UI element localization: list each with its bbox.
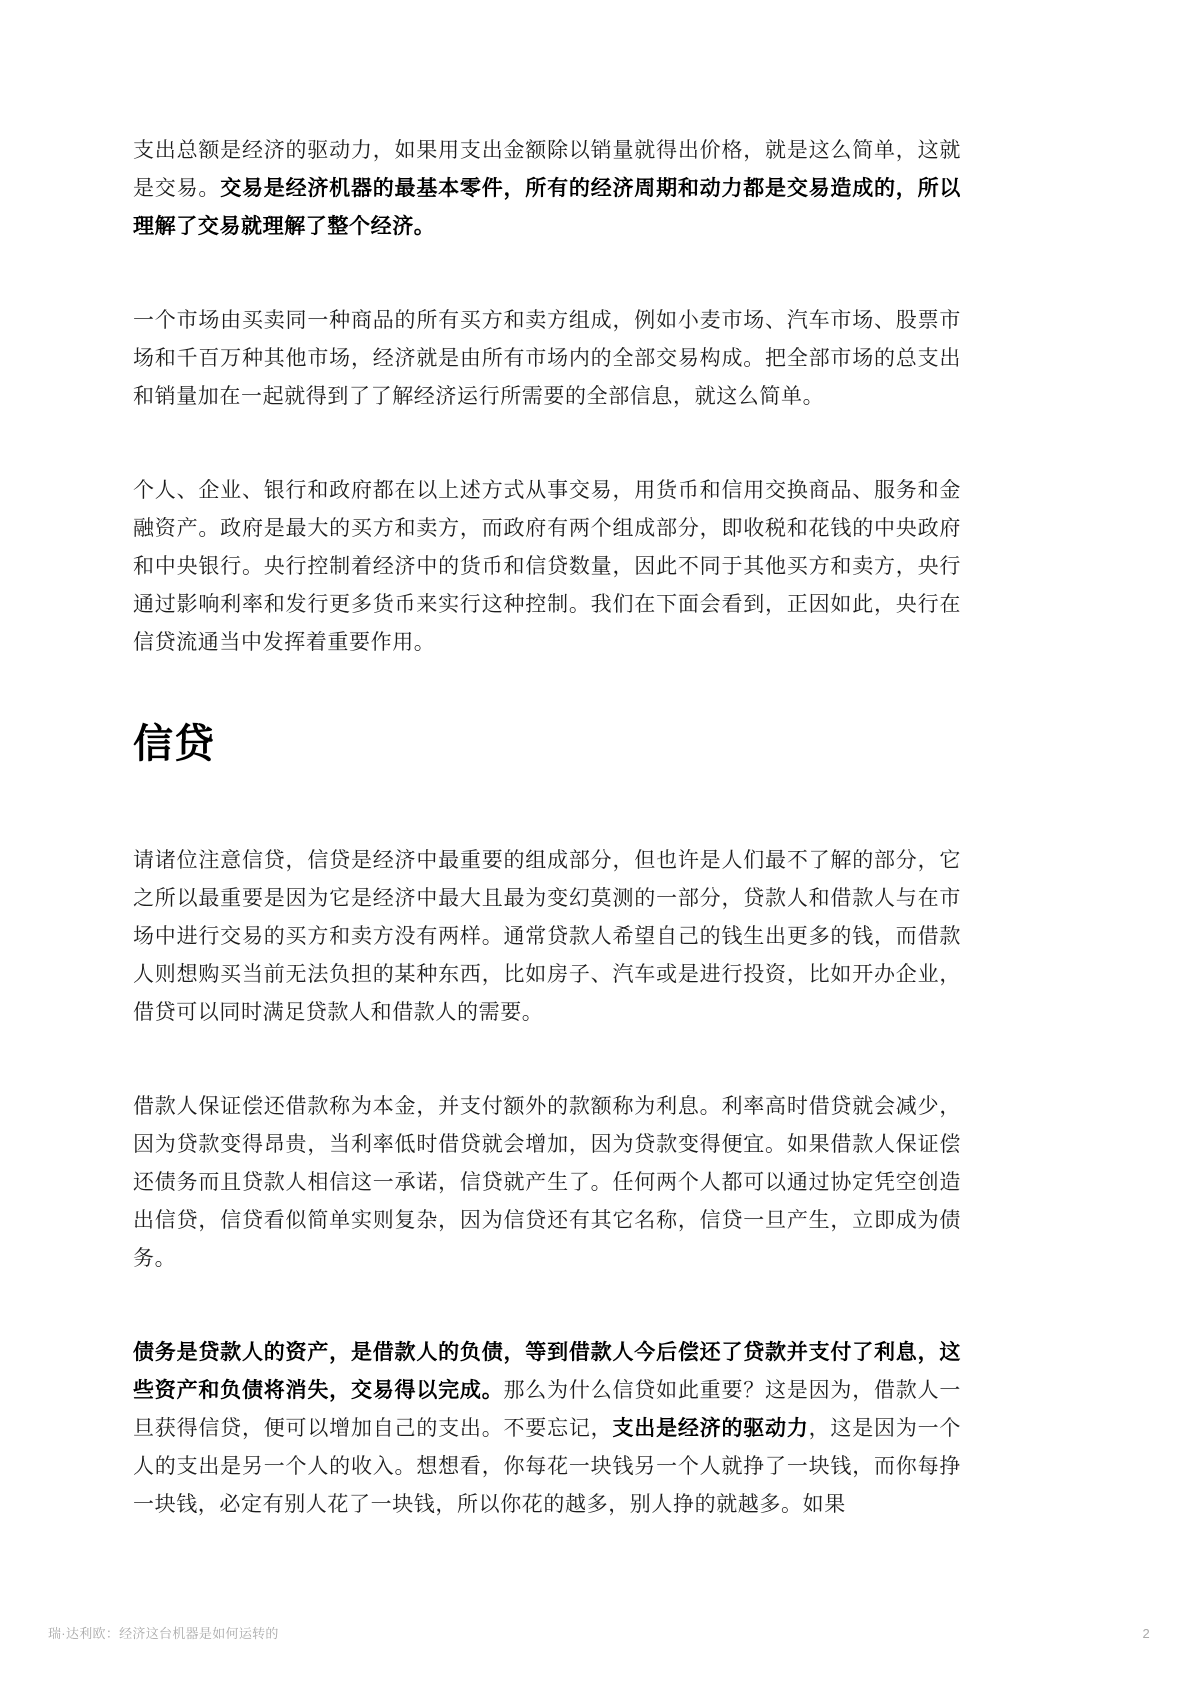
text-run: 借款人保证偿还借款称为本金，并支付额外的款额称为利息。利率高时借贷就会减少，因为… <box>133 1095 961 1270</box>
document-content: 支出总额是经济的驱动力，如果用支出金额除以销量就得出价格，就是这么简单，这就是交… <box>133 132 961 1580</box>
paragraph-government-central-bank: 个人、企业、银行和政府都在以上述方式从事交易，用货币和信用交换商品、服务和金融资… <box>133 472 961 662</box>
paragraph-markets: 一个市场由买卖同一种商品的所有买方和卖方组成，例如小麦市场、汽车市场、股票市场和… <box>133 302 961 416</box>
document-page: 支出总额是经济的驱动力，如果用支出金额除以销量就得出价格，就是这么简单，这就是交… <box>0 0 1200 1698</box>
footer-document-title: 瑞·达利欧：经济这台机器是如何运转的 <box>48 1623 279 1642</box>
paragraph-transactions: 支出总额是经济的驱动力，如果用支出金额除以销量就得出价格，就是这么简单，这就是交… <box>133 132 961 246</box>
paragraph-credit-importance: 请诸位注意信贷，信贷是经济中最重要的组成部分，但也许是人们最不了解的部分，它之所… <box>133 842 961 1032</box>
section-heading-credit: 信贷 <box>133 718 961 770</box>
text-run-bold: 交易是经济机器的最基本零件，所有的经济周期和动力都是交易造成的，所以理解了交易就… <box>133 177 961 238</box>
text-run: 一个市场由买卖同一种商品的所有买方和卖方组成，例如小麦市场、汽车市场、股票市场和… <box>133 309 961 408</box>
text-run-bold: 支出是经济的驱动力 <box>612 1417 808 1440</box>
footer-page-number: 2 <box>1142 1626 1150 1641</box>
paragraph-principal-interest: 借款人保证偿还借款称为本金，并支付额外的款额称为利息。利率高时借贷就会减少，因为… <box>133 1088 961 1278</box>
page-footer: 瑞·达利欧：经济这台机器是如何运转的 2 <box>48 1623 1150 1642</box>
paragraph-debt-asset-liability: 债务是贷款人的资产，是借款人的负债，等到借款人今后偿还了贷款并支付了利息，这些资… <box>133 1334 961 1524</box>
text-run: 个人、企业、银行和政府都在以上述方式从事交易，用货币和信用交换商品、服务和金融资… <box>133 479 961 654</box>
text-run: 请诸位注意信贷，信贷是经济中最重要的组成部分，但也许是人们最不了解的部分，它之所… <box>133 849 961 1024</box>
